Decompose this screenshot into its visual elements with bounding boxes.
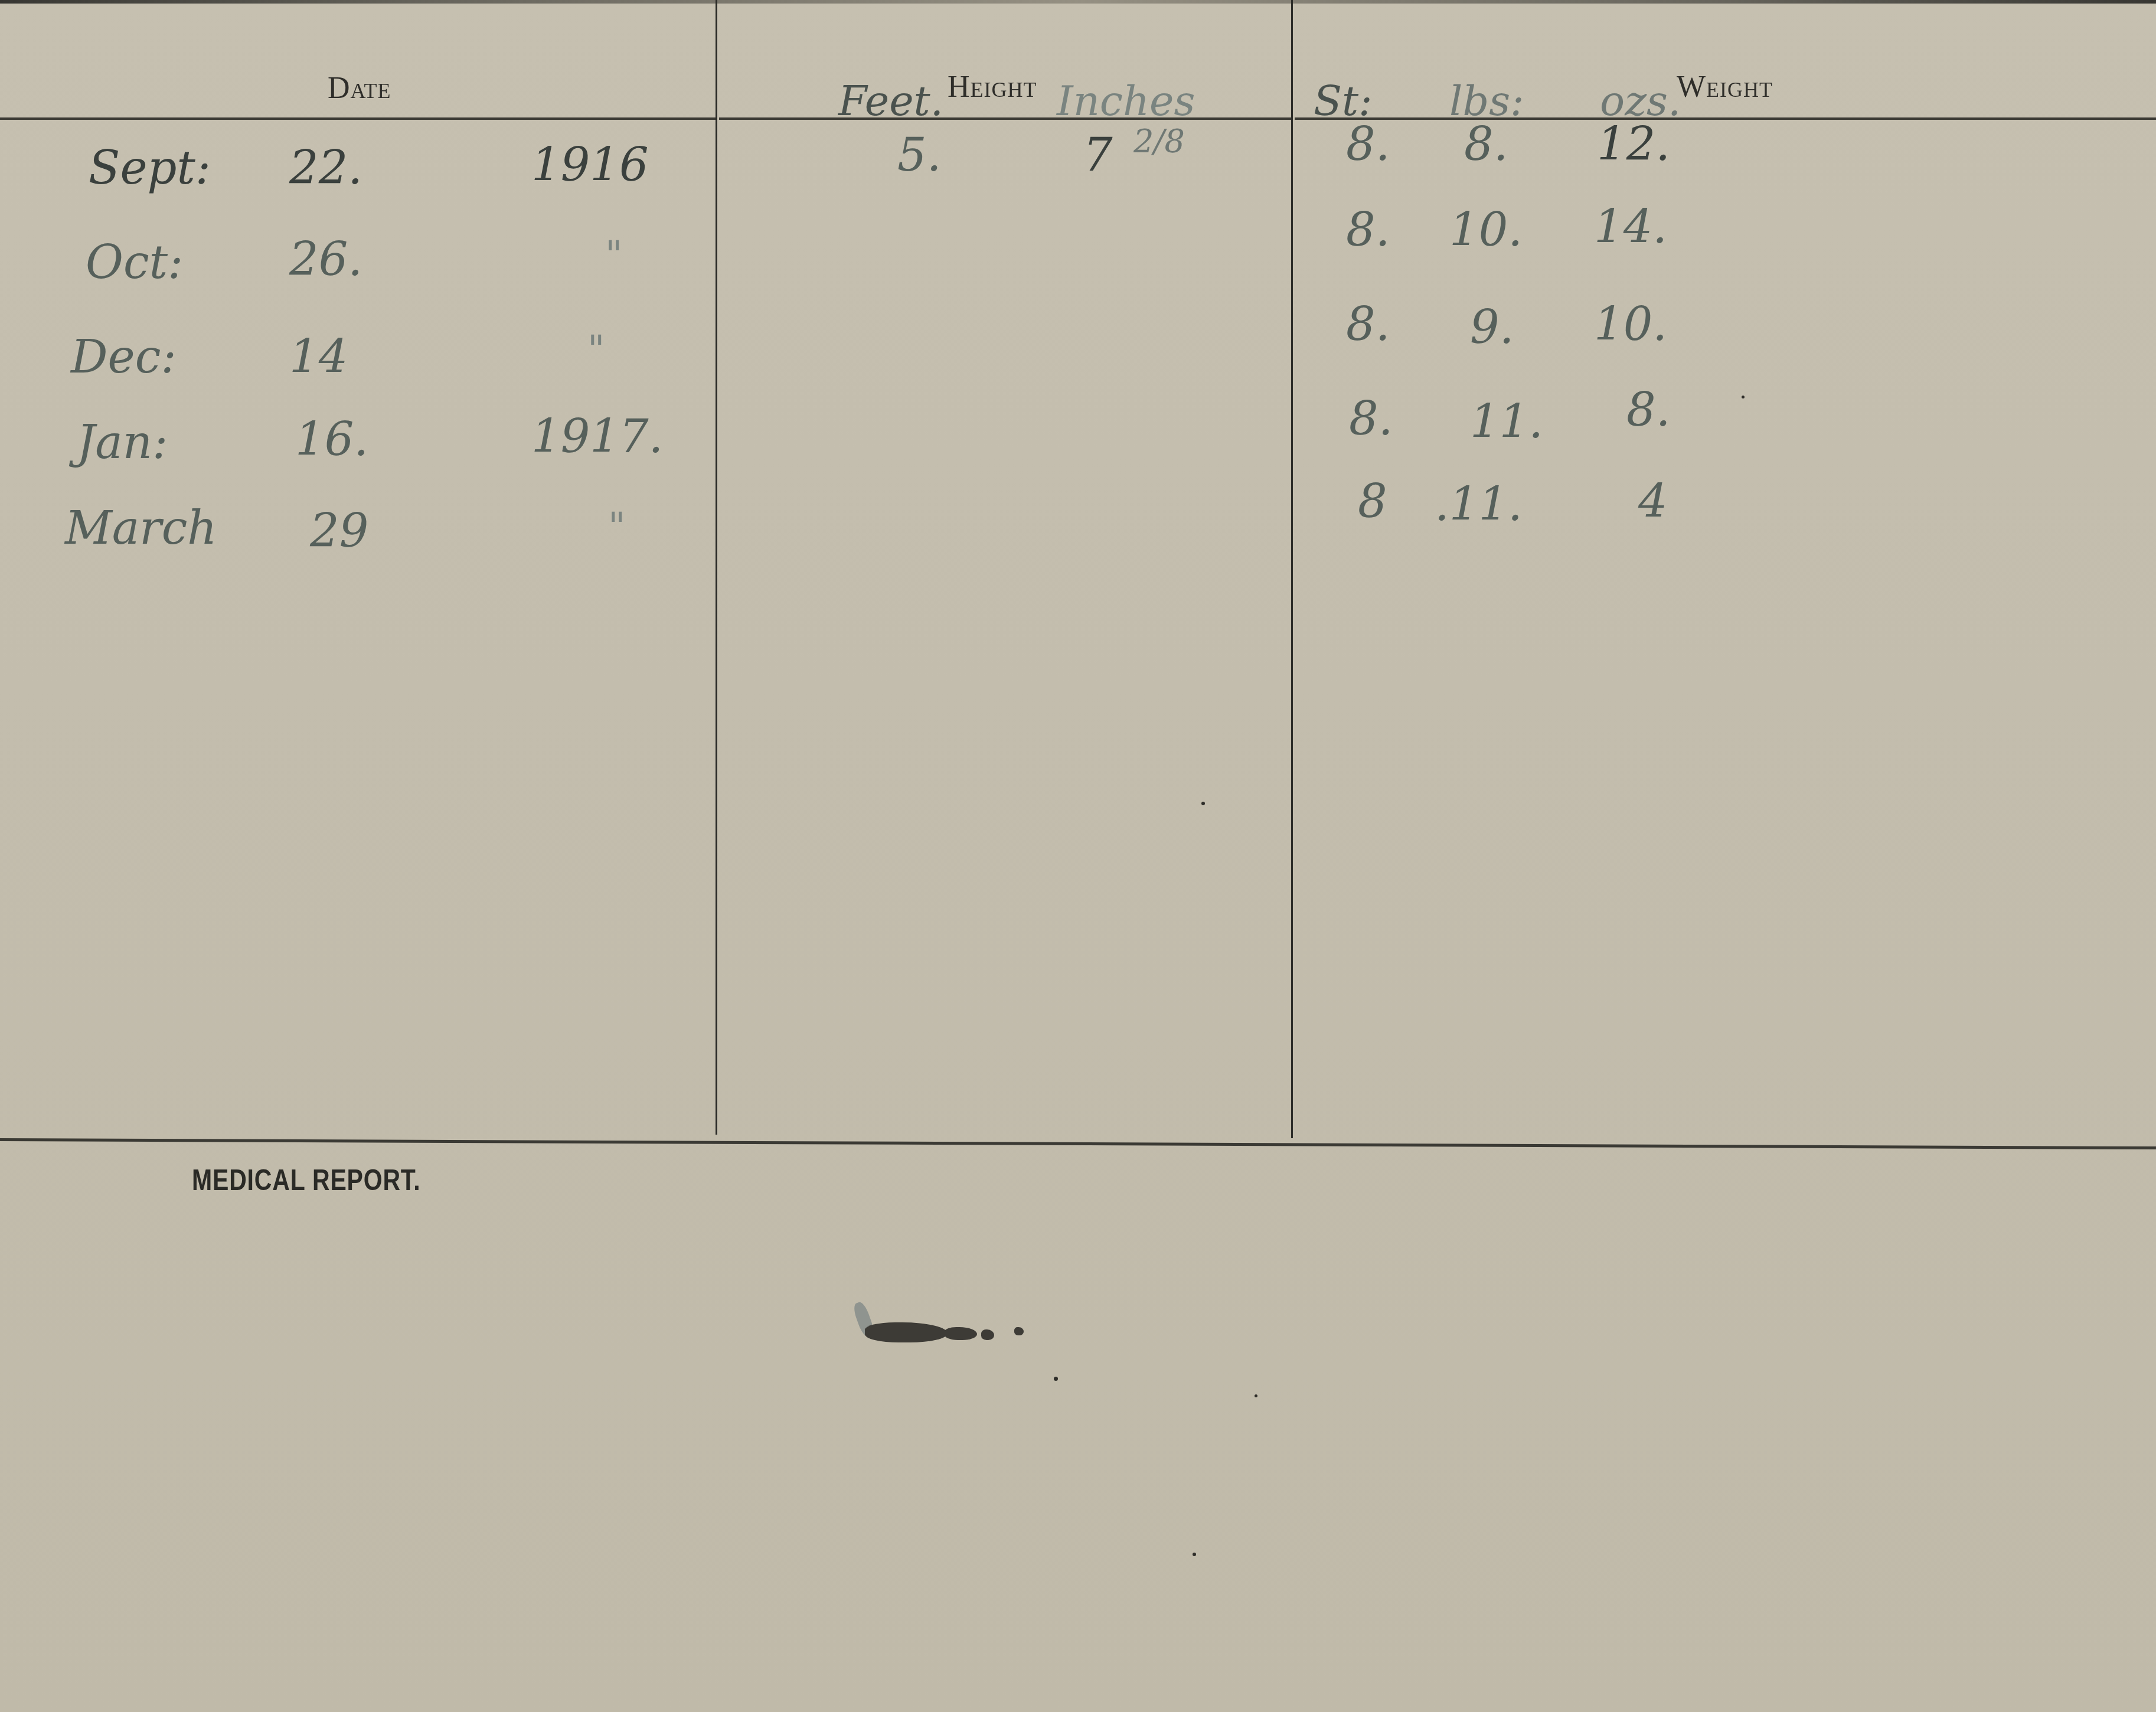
row-day: 29 <box>310 505 368 558</box>
row-weight-ozs: 4 <box>1638 475 1668 528</box>
medical-report-body <box>192 1204 2081 1677</box>
row-year: 1916 <box>531 139 649 192</box>
date-column-header: Date <box>328 71 391 106</box>
row-weight-st: 8. <box>1346 204 1390 257</box>
height-weight-divider <box>1291 0 1293 1138</box>
weight-column-header: Weight <box>1677 70 1773 104</box>
row-day: 26. <box>289 233 362 286</box>
row-height-feet: 5. <box>897 129 941 182</box>
date-height-divider <box>716 0 717 1135</box>
row-month: Oct: <box>86 236 183 289</box>
card-top-edge <box>0 0 2156 4</box>
row-month: Dec: <box>71 331 177 384</box>
row-day: 16. <box>295 413 368 466</box>
record-card: Date Height Weight Feet. Inches St: lbs:… <box>0 0 2156 1712</box>
row-weight-st: 8. <box>1349 393 1393 446</box>
row-year-ditto: " <box>605 233 622 277</box>
row-weight-st: 8. <box>1346 118 1390 171</box>
row-weight-ozs: 12. <box>1597 118 1670 171</box>
row-height-inches: 7 <box>1083 129 1113 182</box>
row-height-inches-fraction: 2/8 <box>1133 123 1185 160</box>
table-bottom-rule <box>0 1138 2156 1149</box>
row-weight-st: 8. <box>1346 298 1390 351</box>
height-unit-feet: Feet. <box>838 77 943 125</box>
row-month: Jan: <box>77 416 168 469</box>
row-weight-lbs: 8. <box>1464 118 1508 171</box>
header-rule-weight <box>1295 117 2156 120</box>
row-weight-lbs: 9. <box>1470 301 1514 354</box>
row-weight-lbs: 10. <box>1449 204 1523 257</box>
row-weight-lbs: .11. <box>1435 478 1523 531</box>
row-weight-ozs: 10. <box>1594 298 1667 351</box>
row-weight-lbs: 11. <box>1470 396 1543 449</box>
row-day: 14 <box>289 331 348 384</box>
medical-report-heading: MEDICAL REPORT. <box>192 1163 420 1197</box>
row-weight-ozs: 14. <box>1594 201 1667 254</box>
header-rule-height <box>719 117 1291 120</box>
row-month: Sept: <box>89 142 211 195</box>
row-day: 22. <box>289 142 362 195</box>
row-year-ditto: " <box>587 328 605 371</box>
height-unit-inches: Inches <box>1057 77 1195 125</box>
header-rule-date <box>0 117 716 120</box>
height-column-header: Height <box>948 70 1037 104</box>
row-weight-ozs: 8. <box>1626 384 1670 437</box>
row-year: 1917. <box>531 410 663 463</box>
row-year-ditto: " <box>608 505 625 548</box>
row-month: March <box>65 502 217 555</box>
row-weight-st: 8 <box>1358 475 1387 528</box>
